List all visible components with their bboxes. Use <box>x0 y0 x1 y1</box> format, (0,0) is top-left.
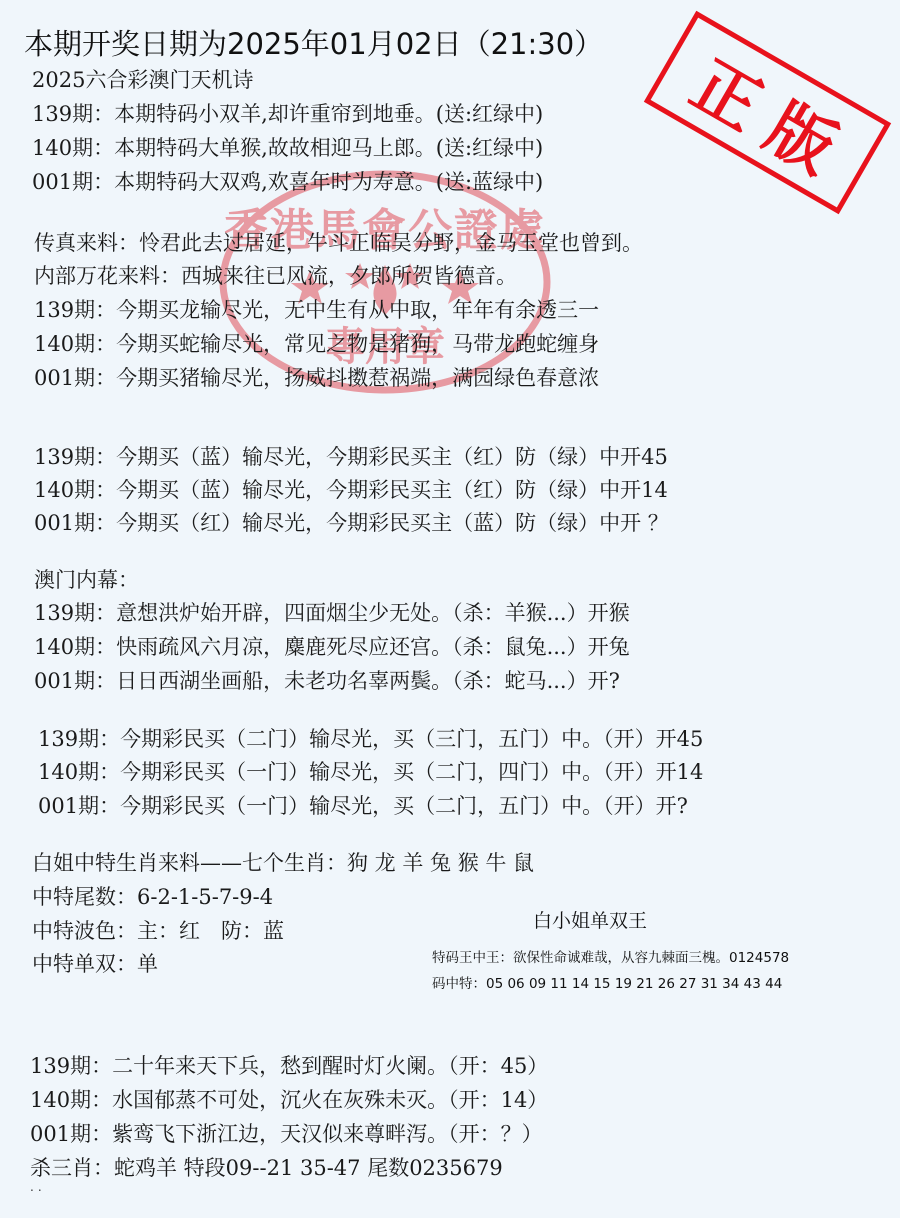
page-subtitle: 2025六合彩澳门天机诗 <box>32 66 253 94</box>
page-title: 本期开奖日期为2025年01月02日（21:30） <box>24 26 603 62</box>
odd-even-line: 中特单双：单 <box>32 950 158 978</box>
fax-line: 传真来料：怜君此去过居延，牛斗正临吴分野，金马玉堂也曾到。 <box>34 229 643 257</box>
final-line: 139期：二十年来天下兵，愁到醒时灯火阑。（开：45） <box>30 1052 548 1080</box>
tianji-line: 140期：本期特码大单猴,故故相迎马上郎。(送:红绿中) <box>32 134 543 162</box>
macau-line: 001期：日日西湖坐画船，未老功名辜两鬓。（杀：蛇马...）开? <box>34 667 620 695</box>
tail-line: 中特尾数：6-2-1-5-7-9-4 <box>32 883 273 911</box>
fax-period-line: 140期：今期买蛇输尽光，常见之物是猪狗，马带龙跑蛇缠身 <box>34 330 599 358</box>
macau-heading: 澳门内幕： <box>34 566 139 594</box>
kill-line: 杀三肖：蛇鸡羊 特段09--21 35-47 尾数0235679 <box>30 1154 503 1182</box>
miss-bai-king: 特码王中王：欲保性命诚难哉，从容九棘面三槐。0124578 <box>432 948 789 968</box>
macau-line: 140期：快雨疏风六月凉，麋鹿死尽应还宫。（杀：鼠兔...）开兔 <box>34 633 630 661</box>
miss-bai-numbers: 码中特：05 06 09 11 14 15 19 21 26 27 31 34 … <box>432 974 782 994</box>
miss-bai-title: 白小姐单双王 <box>533 908 647 934</box>
door-line: 139期：今期彩民买（二门）输尽光，买（三门，五门）中。（开）开45 <box>38 725 703 753</box>
fax-period-line: 139期：今期买龙输尽光，无中生有从中取，年年有余透三一 <box>34 296 599 324</box>
door-line: 140期：今期彩民买（一门）输尽光，买（二门，四门）中。（开）开14 <box>38 758 703 786</box>
inner-line: 内部万花来料：西城来往已风流，夕郎所贺皆德音。 <box>34 262 517 290</box>
door-line: 001期：今期彩民买（一门）输尽光，买（二门，五门）中。（开）开? <box>38 792 688 820</box>
tianji-line: 139期：本期特码小双羊,却许重帘到地垂。(送:红绿中) <box>32 100 543 128</box>
final-line: 001期：紫鸾飞下浙江边，天汉似来尊畔泻。（开：？） <box>30 1120 543 1148</box>
authentic-stamp: 正版 <box>644 11 891 214</box>
trailing-dots: .. <box>30 1180 46 1194</box>
fax-period-line: 001期：今期买猪输尽光，扬威抖擞惹祸端，满园绿色春意浓 <box>34 364 599 392</box>
zodiac-line: 白姐中特生肖来料——七个生肖：狗 龙 羊 兔 猴 牛 鼠 <box>32 849 534 877</box>
color-line: 001期：今期买（红）输尽光，今期彩民买主（蓝）防（绿）中开 ？ <box>34 509 669 537</box>
tianji-line: 001期：本期特码大双鸡,欢喜年时为寿意。(送:蓝绿中) <box>32 168 543 196</box>
stamp-label: 正版 <box>677 33 873 201</box>
final-line: 140期：水国郁蒸不可处，沉火在灰殊未灭。（开：14） <box>30 1086 548 1114</box>
macau-line: 139期：意想洪炉始开辟，四面烟尘少无处。（杀：羊猴...）开猴 <box>34 599 630 627</box>
wave-line: 中特波色：主：红 防：蓝 <box>32 917 284 945</box>
color-line: 140期：今期买（蓝）输尽光，今期彩民买主（红）防（绿）中开14 <box>34 476 668 504</box>
color-line: 139期：今期买（蓝）输尽光，今期彩民买主（红）防（绿）中开45 <box>34 443 668 471</box>
